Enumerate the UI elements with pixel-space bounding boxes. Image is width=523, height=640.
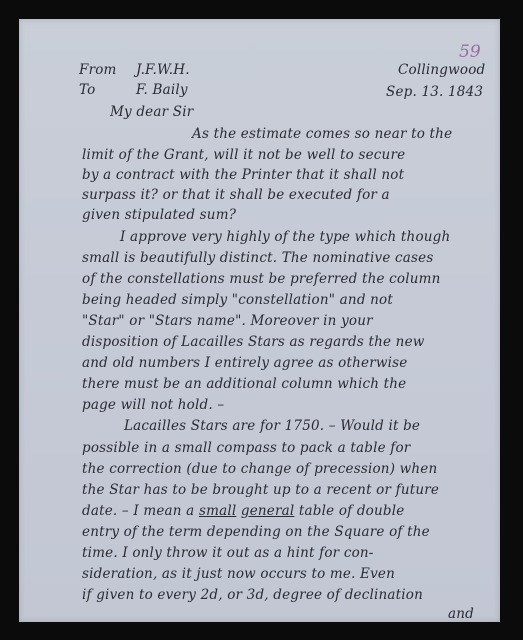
body-line: date. – I mean a small general table of … bbox=[82, 503, 404, 519]
body-line: given stipulated sum? bbox=[82, 207, 236, 223]
body-line: small is beautifully distinct. The nomin… bbox=[82, 250, 433, 266]
body-line: limit of the Grant, will it not be well … bbox=[82, 147, 405, 163]
body-line: sideration, as it just now occurs to me.… bbox=[82, 566, 395, 582]
to-name: F. Baily bbox=[136, 82, 188, 98]
body-line-end: table of double bbox=[299, 503, 405, 519]
body-line: entry of the term depending on the Squar… bbox=[82, 524, 430, 540]
body-line: As the estimate comes so near to the bbox=[192, 126, 452, 142]
body-line: the Star has to be brought up to a recen… bbox=[82, 482, 439, 498]
salutation: My dear Sir bbox=[110, 104, 193, 120]
body-line: disposition of Lacailles Stars as regard… bbox=[82, 334, 425, 350]
body-line: if given to every 2d, or 3d, degree of d… bbox=[82, 587, 423, 603]
date: Sep. 13. 1843 bbox=[386, 84, 483, 100]
body-line: and old numbers I entirely agree as othe… bbox=[82, 355, 407, 371]
underlined-general: general bbox=[241, 503, 295, 519]
folio-number: 59 bbox=[459, 42, 481, 62]
body-line: I approve very highly of the type which … bbox=[120, 229, 450, 245]
body-line: "Star" or "Stars name". Moreover in your bbox=[82, 313, 373, 329]
body-line-start: date. – I mean a bbox=[82, 503, 194, 519]
body-line: surpass it? or that it shall be executed… bbox=[82, 187, 390, 203]
from-label: From bbox=[79, 62, 117, 78]
underlined-small: small bbox=[199, 503, 236, 519]
body-line: of the constellations must be preferred … bbox=[82, 271, 441, 287]
body-line: page will not hold. – bbox=[82, 397, 224, 413]
body-line: there must be an additional column which… bbox=[82, 376, 406, 392]
body-line: being headed simply "constellation" and … bbox=[82, 292, 393, 308]
from-name: J.F.W.H. bbox=[136, 62, 190, 78]
body-line: by a contract with the Printer that it s… bbox=[82, 167, 404, 183]
catchword: and bbox=[448, 606, 474, 622]
body-line: Lacailles Stars are for 1750. – Would it… bbox=[124, 418, 420, 434]
body-line: the correction (due to change of precess… bbox=[82, 461, 437, 477]
body-line: possible in a small compass to pack a ta… bbox=[82, 440, 410, 456]
to-label: To bbox=[79, 82, 95, 98]
place: Collingwood bbox=[398, 62, 485, 78]
body-line: time. I only throw it out as a hint for … bbox=[82, 545, 374, 561]
